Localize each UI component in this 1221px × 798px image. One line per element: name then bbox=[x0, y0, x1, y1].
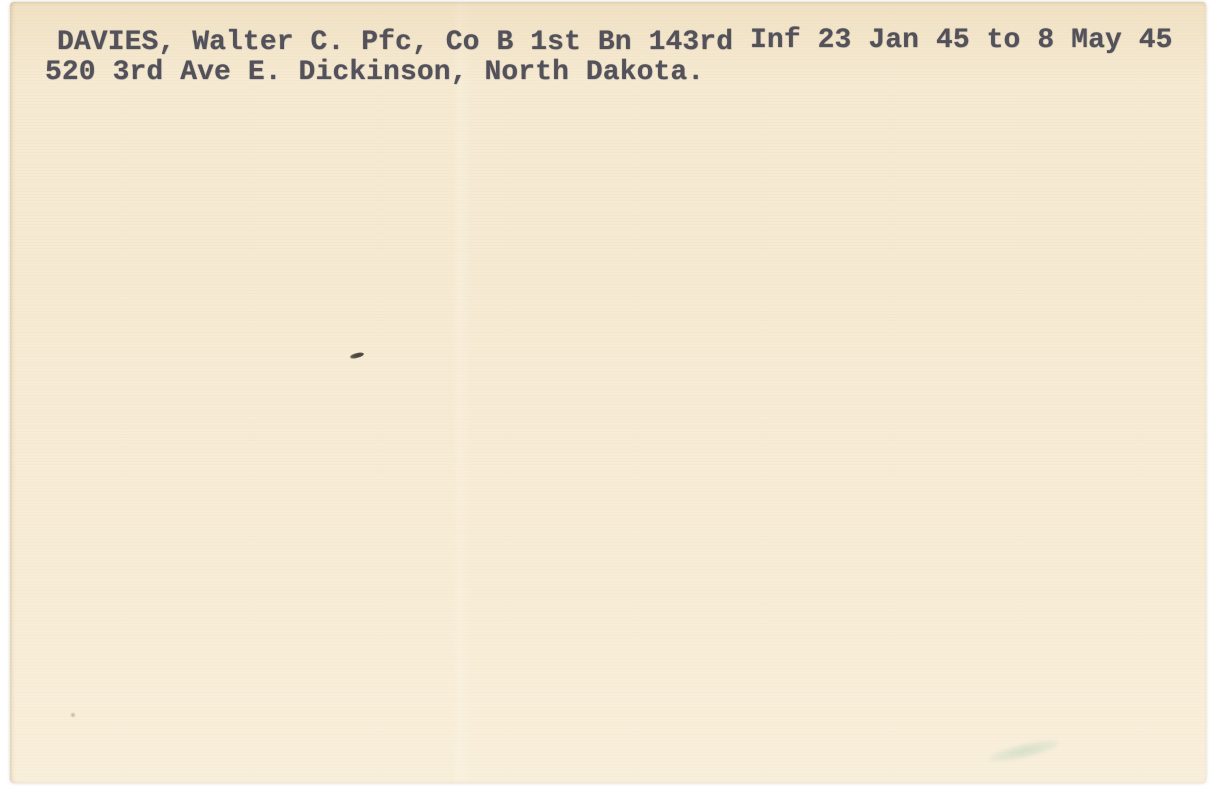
smudge-mark bbox=[987, 736, 1060, 766]
ink-speck bbox=[350, 351, 365, 359]
scan-background: DAVIES, Walter C. Pfc, Co B 1st Bn 143rd… bbox=[0, 0, 1221, 798]
dust-speck bbox=[71, 713, 75, 717]
typed-line-1-segment-b: Inf 23 Jan 45 to 8 May 45 bbox=[750, 27, 1173, 55]
typed-line-1: DAVIES, Walter C. Pfc, Co B 1st Bn 143rd… bbox=[57, 29, 1173, 57]
index-card: DAVIES, Walter C. Pfc, Co B 1st Bn 143rd… bbox=[10, 2, 1206, 783]
typed-line-2: 520 3rd Ave E. Dickinson, North Dakota. bbox=[45, 59, 704, 87]
typed-line-1-segment-a: DAVIES, Walter C. Pfc, Co B 1st Bn 143rd bbox=[57, 29, 750, 57]
